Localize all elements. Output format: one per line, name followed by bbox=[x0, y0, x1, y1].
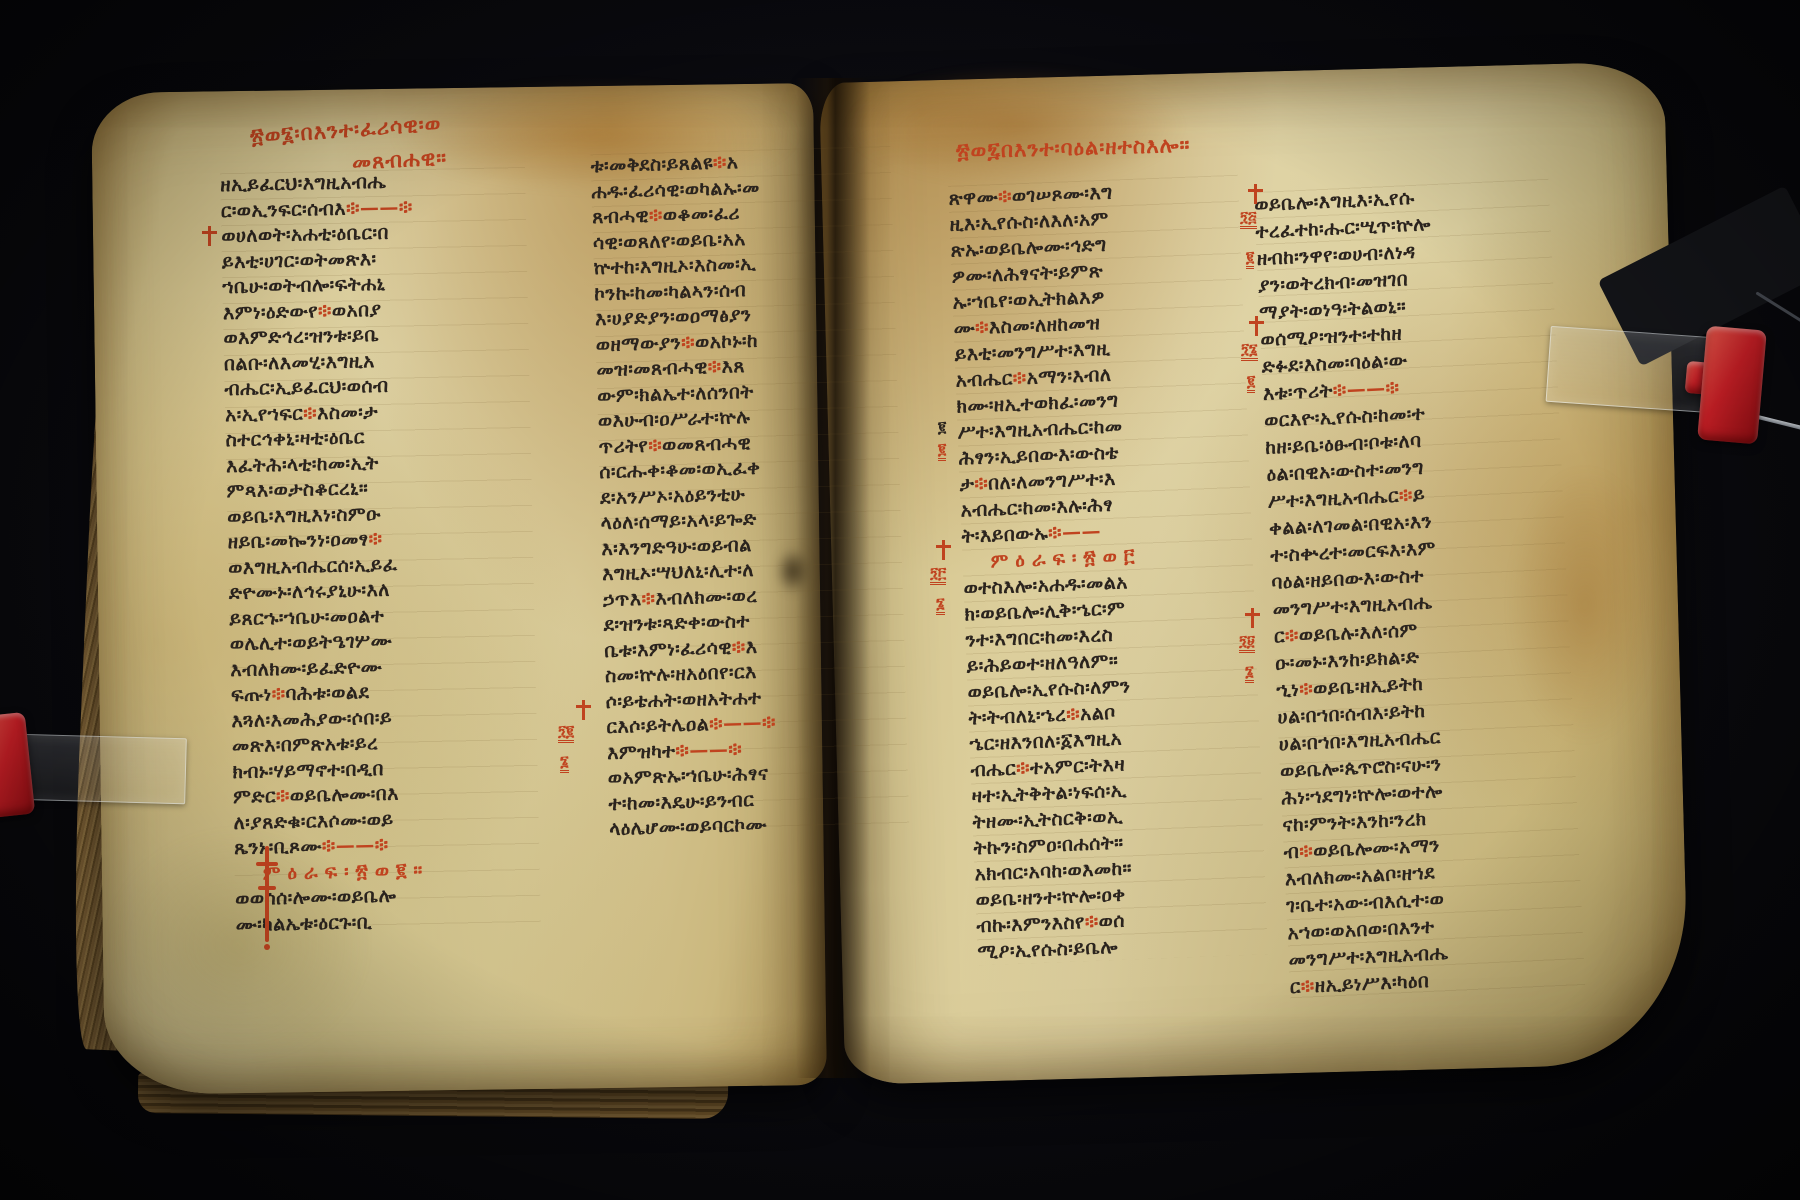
ink-text: ደ፡አንሥኦ፡አዕይንቲሁ bbox=[600, 483, 746, 509]
margin-section-numeral: ፮ bbox=[936, 596, 945, 615]
ink-text: ወእሁብ፡ዐሥራተ፡ኵሉ bbox=[598, 406, 751, 432]
ink-text: ብኩ፡እምንእስየ bbox=[976, 911, 1085, 937]
ink-text: አኀወ፡ወአበወ፡በእንተ bbox=[1287, 916, 1435, 945]
rubric-mark: ፨ bbox=[975, 316, 990, 339]
rubric-mark: ፨ bbox=[1398, 484, 1413, 507]
ink-text: እብለክሙ፡ይፈድዮሙ bbox=[230, 655, 382, 680]
left-page-column-2: ቱ፡መቅደስ፡ይጸልዩ፨አሐዱ፡ፈሪሳዊ፡ወካልኡ፡መጸብሓዊ፨ወቆመ፡ፈሪሳዊ… bbox=[590, 146, 909, 843]
rubric-mark: ፨ bbox=[318, 299, 332, 321]
ink-text: ት፡ትብለኒ፡ኄረ bbox=[968, 704, 1067, 730]
rubric-mark: ፨ bbox=[648, 434, 662, 456]
ink-text: ወይቤሉ፡እለ፡ሰም bbox=[1298, 619, 1418, 646]
ink-text: ዘብከ፡ንዋየ፡ወሀብ፡ለነዳ bbox=[1256, 241, 1416, 270]
rubric-mark: ፨ bbox=[1066, 703, 1081, 726]
ink-text: ብ bbox=[1283, 841, 1300, 864]
ink-text: ላዕለ፡ሰማይ፡አላ፡ይጐድ bbox=[600, 508, 756, 534]
ink-text: ወአበያ bbox=[332, 298, 382, 321]
ink-text: ሥተ፡እግዚአብሔር bbox=[1267, 485, 1399, 513]
ink-text: እምዝካተ bbox=[607, 740, 676, 764]
ink-text: ይ bbox=[1412, 484, 1425, 507]
margin-section-numeral: ፺፮ bbox=[1241, 342, 1258, 361]
ink-text: ደ፡ዝንቱ፡ጻድቀ፡ውስተ bbox=[603, 610, 750, 636]
rubric-mark: ፨——፨ bbox=[1332, 377, 1400, 402]
rubric-mark: ፨——፨ bbox=[709, 711, 776, 735]
ink-text: ፍጡነ bbox=[231, 683, 272, 706]
ink-text: ድፉደ፡እስመ፡ባዕል፡ው bbox=[1261, 349, 1408, 378]
ink-text: እ፡ሀያድያን፡ወዐማፅያን bbox=[595, 304, 752, 330]
ink-text: እጸ bbox=[721, 355, 745, 378]
cross-bar bbox=[258, 886, 276, 890]
ink-text: ወይቤሎሙ፡በእ bbox=[290, 783, 399, 807]
ink-text: ጼንኑ፡ቢጾሙ bbox=[234, 835, 322, 859]
rubric-mark: ፨ bbox=[681, 331, 695, 353]
ink-text: ወይቤሎ፡ጴጥሮስ፡ናሁ፡ን bbox=[1280, 753, 1442, 782]
ink-text: ዑ፡መኑ፡እንከ፡ይክል፡ድ bbox=[1275, 646, 1420, 675]
margin-cross-icon bbox=[1245, 608, 1260, 628]
cross-dot bbox=[264, 944, 270, 950]
margin-section-numeral: ፪ bbox=[1247, 374, 1255, 393]
ink-text: ወሀለወት፡አሐቲ፡ዕቤር፡በ bbox=[221, 222, 389, 248]
ink-text: ይ፡ሕይወተ፡ዘለዓለም። bbox=[966, 650, 1119, 678]
ink-text: ጥሪትየ bbox=[598, 434, 648, 457]
ink-text: እ bbox=[745, 635, 757, 657]
ink-text: ርእሶ፡ይትሌዐል bbox=[606, 713, 709, 738]
margin-cross-icon bbox=[1249, 316, 1264, 336]
ink-text: ወሰሚዖ፡ዝንተ፡ተከዘ bbox=[1260, 323, 1403, 351]
ink-text: አማን፡እብለ bbox=[1026, 364, 1112, 389]
ink-text: ታ bbox=[959, 473, 975, 496]
ink-text: አ bbox=[726, 151, 738, 173]
ink-text: ለ፡ያጸድቁ፡ርእሶሙ፡ወይ bbox=[233, 808, 393, 833]
rubric-mark: ፨——፨ bbox=[322, 834, 389, 857]
margin-section-numeral: ፪ bbox=[938, 420, 946, 435]
rubric-mark: ፨ bbox=[998, 185, 1013, 208]
margin-section-numeral: ፪ bbox=[938, 442, 946, 461]
ink-text: ወአምጽኡ፡ኀቤሁ፡ሕፃና bbox=[608, 763, 769, 789]
ink-text: ወመጸብሓዊ bbox=[662, 431, 752, 455]
margin-section-numeral: ፪ bbox=[1246, 250, 1254, 269]
margin-cross-icon bbox=[576, 700, 591, 720]
margin-section-numeral: ፺፪ bbox=[558, 724, 574, 743]
margin-section-numeral: ፮ bbox=[560, 754, 569, 773]
ink-text: አ፡ኢየኀፍር bbox=[225, 402, 304, 426]
ink-text: ቀልል፡ለገመል፡በዊአ፡እን bbox=[1269, 510, 1433, 539]
ink-text: ከዘ፡ይቤ፡ዕፁብ፡ቦቱ፡ለባ bbox=[1265, 430, 1422, 459]
margin-section-numeral: ፺፫ bbox=[930, 566, 946, 585]
ink-text: ምጻእ፡ወታስቆርረኒ። bbox=[226, 477, 368, 502]
ink-text: ወሰ bbox=[1098, 910, 1125, 933]
ink-text: ዘኢይነሥእ፡ካዕበ bbox=[1314, 970, 1430, 997]
ink-text: በልቡ፡ለእመሂ፡እግዚአ bbox=[224, 350, 375, 375]
ink-text: ቱ፡መቅደስ፡ይጸልዩ bbox=[590, 152, 713, 177]
ink-text: ወርእዮ፡ኢየሱስ፡ከመ፡ተ bbox=[1264, 403, 1426, 432]
ink-text: ወሌሊተ፡ወይትዔገሦሙ bbox=[230, 630, 393, 655]
ink-text: ባዕል፡ዘይበውእ፡ውስተ bbox=[1271, 565, 1424, 594]
ink-text: ወእምድኅረ፡ዝንቱ፡ይቤ bbox=[223, 324, 379, 349]
ink-text: ተ፡ከመ፡እዴሁ፡ይንብር bbox=[608, 789, 754, 815]
margin-section-numeral: ፺፭ bbox=[1240, 210, 1257, 229]
ink-text: ኂነ bbox=[1276, 679, 1300, 702]
ink-text: ኵተከ፡እግዚኦ፡እስመ፡ኢ bbox=[593, 253, 756, 280]
margin-cross-icon bbox=[202, 226, 217, 246]
ink-text: ይጸርኁ፡ኀቤሁ፡መዐልተ bbox=[229, 604, 384, 629]
margin-cross-icon bbox=[936, 540, 951, 560]
ink-text: ዕል፡በዊአ፡ውስተ፡መንግ bbox=[1266, 457, 1424, 486]
ink-text: ክብኑ፡ሃይማኖተ፡በዲበ bbox=[232, 757, 384, 782]
margin-section-numeral: ፮ bbox=[1245, 664, 1254, 683]
ink-text: ወይቤ፡ዘንተ፡ኵሎ፡ዐቀ bbox=[975, 884, 1126, 912]
ink-text: ድዮሙኑ፡ለኅሩያኒሁ፡እለ bbox=[229, 579, 391, 604]
left-page-column-1: ዘኢይፈርህ፡እግዚአብሔር፡ወኢንፍር፡ሰብእ፨——፨ወሀለወት፡አሐቲ፡ዕቤ… bbox=[220, 167, 541, 938]
ink-text: ገ፡ቤተ፡አው፡ብእሲተ፡ወ bbox=[1286, 888, 1445, 917]
rubric-mark: ፨ bbox=[303, 402, 317, 424]
ink-text: ወይቤ፡እግዚእነ፡ስምዑ bbox=[227, 502, 381, 527]
right-page-column-2: ወይቤሎ፡እግዚእ፡ኢየሱተረፈተከ፡ሑር፡ሢጥ፡ኵሎዘብከ፡ንዋየ፡ወሀብ፡ለ… bbox=[1254, 179, 1585, 1002]
ink-text: ወገሠጾሙ፡እግ bbox=[1011, 182, 1113, 208]
ink-text: ሀል፡በኀበ፡እግዚአብሔር bbox=[1278, 726, 1441, 755]
ink-text: እግዚኦ፡ሣህለኒ፡ሊተ፡ለ bbox=[602, 559, 754, 585]
ink-text: ንተ፡እግበር፡ከመ፡እረስ bbox=[965, 624, 1113, 652]
ink-text: እብለክሙ፡ወረ bbox=[655, 584, 758, 609]
ink-text: ዘኢይፈርህ፡እግዚአብሔ bbox=[220, 171, 387, 196]
right-red-clamp bbox=[1697, 326, 1767, 445]
rubric-mark: ፨ bbox=[1284, 625, 1299, 648]
ink-text: ኄር፡ዘእንበለ፡፩እግዚአ bbox=[969, 728, 1122, 756]
margin-cross-icon bbox=[1248, 184, 1263, 204]
ink-text: ባሕቱ፡ወልደ bbox=[285, 681, 369, 705]
ink-text: ር፡ወኢንፍር፡ሰብእ bbox=[221, 197, 347, 222]
rubric-mark: ፨——፨ bbox=[346, 196, 413, 219]
rubric-mark: ፨ bbox=[1299, 678, 1314, 701]
cross-bar bbox=[256, 862, 278, 866]
ink-text: ሀል፡በኀበ፡ሰብእ፡ይትከ bbox=[1277, 700, 1426, 729]
ink-text: ኮንኩ፡ከመ፡ካልኣን፡ሰብ bbox=[594, 279, 746, 305]
ink-text: ናከ፡ምንት፡እንከ፡ንረክ bbox=[1282, 808, 1427, 837]
ink-text: ቤቱ፡እምነ፡ፈሪሳዊ bbox=[604, 636, 732, 662]
ink-text: ወእግዚአብሔርሰ፡ኢይፈ bbox=[228, 553, 398, 579]
rubric-mark: ፨ bbox=[271, 683, 285, 705]
ink-text: ዎሙ፡ለሕፃናት፡ይምጽ bbox=[951, 260, 1103, 288]
ink-text: ወይቤ፡ዘኢይትከ bbox=[1313, 673, 1424, 700]
ink-text: በለ፡ለመንግሥተ፡እ bbox=[988, 468, 1116, 495]
rubric-cross-ornament bbox=[256, 846, 278, 942]
rubric-mark: ፨ bbox=[1084, 911, 1099, 934]
ink-text: እፈትሕ፡ላቲ፡ከመ፡ኢት bbox=[226, 452, 379, 477]
ink-text: መዝ፡መጸብሓዊ bbox=[596, 356, 708, 381]
rubric-mark: ፨——፨ bbox=[675, 738, 742, 762]
right-page-column-1: ጽዋሙ፨ወገሠጾሙ፡እግዚእ፡ኢየሱስ፡ለእለ፡አምጽኡ፡ወይቤሎሙ፡ኅድግዎሙ… bbox=[948, 175, 1268, 966]
cross-stem bbox=[265, 846, 269, 942]
manuscript-photo: ፳ወ፮፡በእንተ፡ፈሪሳዊ፡ወ መጸብሐዊ። ፳ወ፯በእንተ፡ባዕል፡ዘተስእሎ… bbox=[0, 0, 1800, 1200]
ink-text: ማያት፡ወነዓ፡ትልወኒ። bbox=[1259, 295, 1407, 324]
ink-text: ሶ፡ይቴሐት፡ወዘአትሐተ bbox=[605, 686, 761, 712]
ink-text: ይእቲ፡መንግሥተ፡እግዚ bbox=[954, 338, 1111, 366]
ink-text: እስመ፡ለዘከመዝ bbox=[989, 312, 1101, 338]
ink-text: ወአኮኑ፡ከ bbox=[695, 329, 759, 353]
ink-text: ውም፡ክልኤተ፡ለሰንበት bbox=[597, 380, 754, 406]
ink-text: ዘይቤ፡መኰንነ፡ዐመፃ bbox=[228, 528, 369, 553]
ink-text: ሰ፡ርሑቀ፡ቆመ፡ወኢፈቀ bbox=[599, 457, 761, 483]
ink-text: ብሔር፡ኢይፈርህ፡ወሰብ bbox=[224, 375, 388, 400]
ink-text: ዛተ፡ኢትቅትል፡ነፍሰ፡ኢ bbox=[971, 779, 1127, 807]
rubric-mark: ፨ bbox=[1012, 367, 1027, 390]
margin-section-numeral: ፺፱ bbox=[1239, 634, 1255, 653]
ink-text: ኃጥእ bbox=[603, 588, 642, 611]
ink-text: ምዕራፍ፡፳ወ፫ bbox=[990, 545, 1142, 573]
ink-text: ብሔር bbox=[970, 758, 1016, 782]
ink-text: እስመ፡ታ bbox=[317, 401, 378, 424]
rubric-mark: ፨ bbox=[641, 587, 655, 609]
rubric-mark: ፨ bbox=[732, 636, 746, 658]
ink-text: ትዘሙ፡ኢትስርቅ፡ወኢ bbox=[972, 806, 1123, 834]
ink-text: ምድር bbox=[233, 785, 276, 808]
ink-text: ያን፡ወትረክብ፡መዝገበ bbox=[1258, 268, 1409, 297]
ink-text: እጓለ፡እመሕያው፡ሶበ፡ይ bbox=[231, 706, 392, 731]
ink-text: አብሔር፡ከመ፡እሉ፡ሕፃ bbox=[960, 494, 1113, 522]
ink-text: ወይቤሎ፡እግዚእ፡ኢየሱ bbox=[1254, 187, 1415, 216]
ink-text: ትኩን፡ስምዐ፡በሐሰት። bbox=[973, 832, 1124, 860]
ink-text: ጽኡ፡ወይቤሎሙ፡ኅድግ bbox=[950, 234, 1107, 262]
rubric-mark: ፨ bbox=[368, 528, 382, 550]
ink-text: እምነ፡ዕድውየ bbox=[223, 300, 319, 324]
rubric-mark: ፨ bbox=[1300, 975, 1315, 998]
ink-text: ት፡እይበውኡ bbox=[961, 522, 1048, 547]
rubric-mark: ፨—— bbox=[1048, 520, 1102, 544]
ink-text: ሚዖ፡ኢየሱስ፡ይቤሎ bbox=[977, 936, 1118, 963]
left-acrylic-page-strip bbox=[13, 734, 187, 804]
left-red-clamp bbox=[0, 712, 35, 818]
ink-text: መጽእ፡በምጽአቱ፡ይረ bbox=[232, 732, 379, 757]
ink-text: ሙ bbox=[953, 317, 975, 340]
ink-text: ወይቤሎሙ፡አማን bbox=[1313, 834, 1441, 862]
ink-text: መንግሥተ፡እግዚአብሔ bbox=[1272, 591, 1433, 620]
rubric-mark: ፨ bbox=[1016, 757, 1031, 780]
ink-text: እብለክሙ፡አልቦ፡ዘኀደ bbox=[1284, 862, 1435, 891]
rubric-mark: ፨ bbox=[276, 785, 290, 807]
ink-text: ወዘማውያን bbox=[595, 331, 681, 355]
ink-text: መንግሥተ፡እግዚአብሔ bbox=[1288, 942, 1449, 971]
ink-text: አልቦ bbox=[1080, 702, 1116, 725]
ink-text: ምዕራፍ፡፳ወ፪። bbox=[262, 859, 429, 884]
rubric-mark: ፨ bbox=[713, 152, 727, 174]
ink-text: ጸብሓዊ bbox=[592, 205, 649, 229]
ink-text: ጽዋሙ bbox=[948, 186, 998, 210]
ink-text: እ፡እንግድዓሁ፡ወይብል bbox=[601, 533, 752, 559]
ink-text: አክብር፡አባከ፡ወእመከ። bbox=[974, 857, 1132, 885]
ink-text: ኀቤሁ፡ወትብሎ፡ፍትሐኒ bbox=[222, 273, 385, 298]
rubric-mark: ፨ bbox=[649, 204, 663, 226]
rubric-mark: ፨ bbox=[974, 473, 989, 496]
ink-text: ላዕሌሆሙ፡ወይባርኮሙ bbox=[609, 814, 767, 840]
ink-text: እቱ፡ጥሪት bbox=[1262, 380, 1333, 405]
rubric-mark: ፨ bbox=[707, 356, 721, 378]
ink-text: ሳዊ፡ወጸለየ፡ወይቤ፡አአ bbox=[593, 228, 746, 254]
ink-text: ሐዱ፡ፈሪሳዊ፡ወካልኡ፡መ bbox=[591, 176, 760, 203]
ink-text: ተአምር፡ትእዛ bbox=[1030, 753, 1126, 779]
ink-text: ሕነ፡ኀደግነ፡ኵሎ፡ወተሎ bbox=[1281, 780, 1443, 809]
ink-text: ስተርኅቀኒ፡ዛቲ፡ዕቤር bbox=[225, 426, 365, 451]
ink-text: ስመ፡ኵሉ፡ዘአዕበየ፡ርእ bbox=[605, 661, 757, 687]
ink-text: ኡ፡ኀቤየ፡ወኢትክልእዎ bbox=[952, 286, 1105, 314]
ink-text: ወቆመ፡ፈሪ bbox=[663, 202, 741, 226]
ink-text: አብሔር bbox=[955, 368, 1013, 392]
ink-text: ይእቲ፡ሀገር፡ወትመጽእ፡ bbox=[222, 248, 377, 273]
